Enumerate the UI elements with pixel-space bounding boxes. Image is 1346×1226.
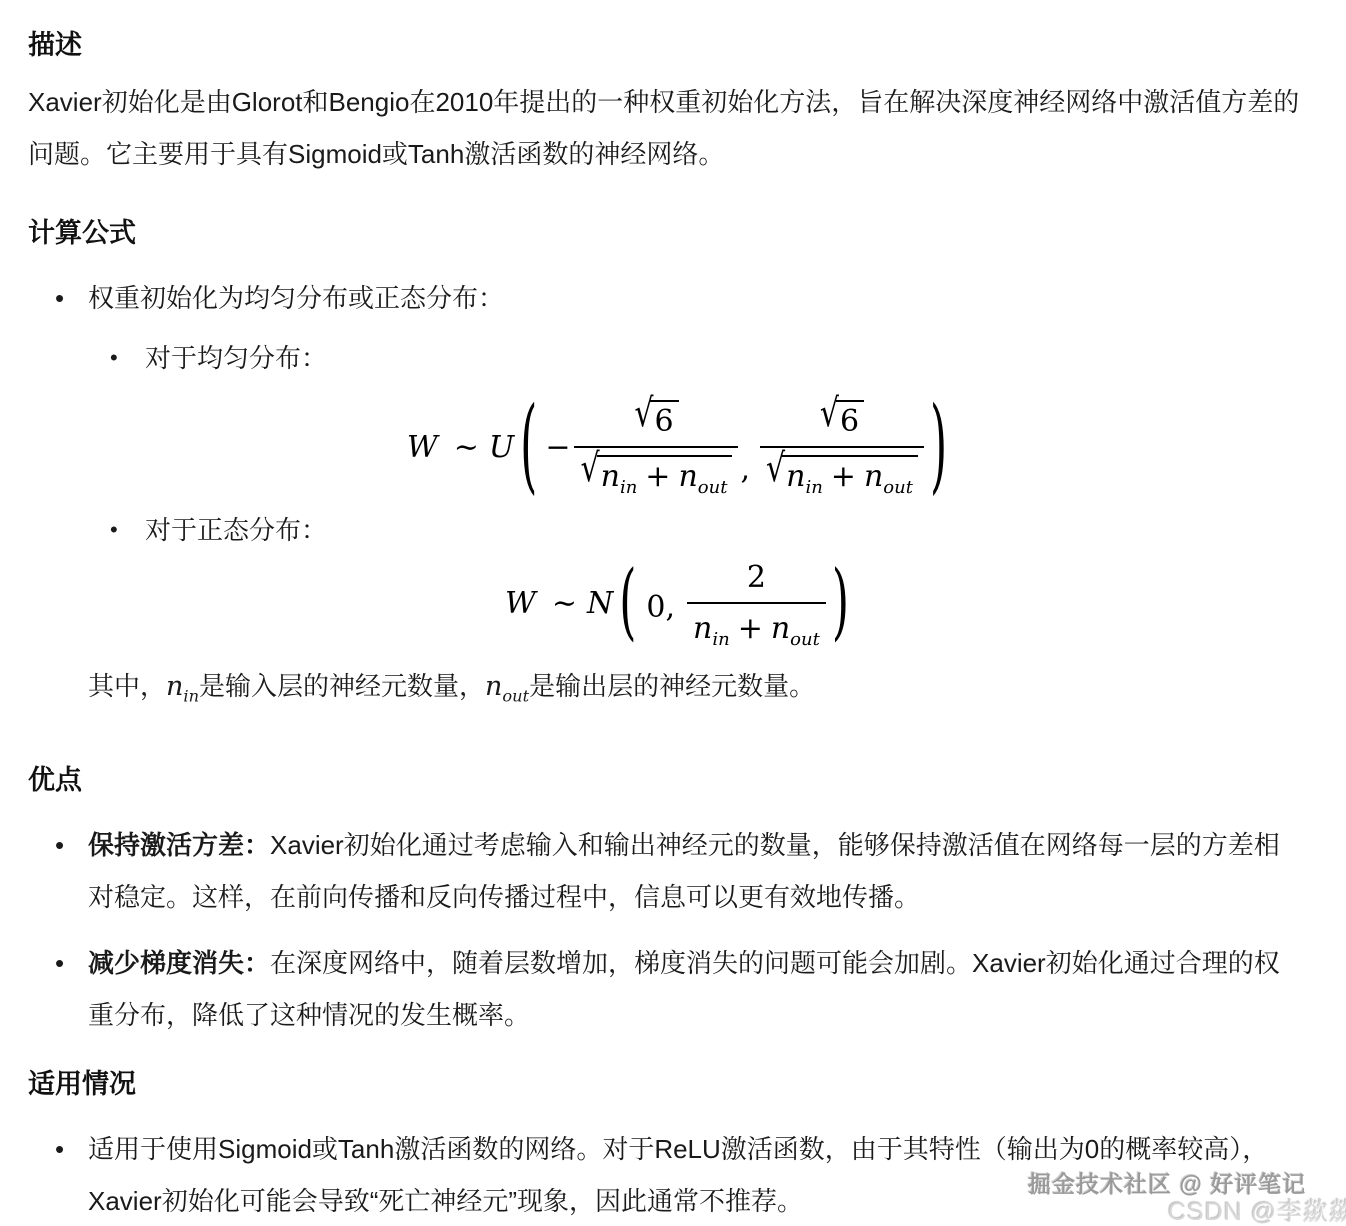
formula-where-note: 其中，nin是输入层的神经元数量，nout是输出层的神经元数量。 — [28, 660, 1326, 713]
radical-sign: √ — [820, 395, 839, 434]
list-item-advantage-gradient: • 减少梯度消失：在深度网络中，随着层数增加，梯度消失的问题可能会加剧。Xavi… — [28, 937, 1326, 1041]
math-6: 6 — [840, 404, 859, 439]
list-item-advantage-variance: • 保持激活方差：Xavier初始化通过考虑输入和输出神经元的数量，能够保持激活… — [28, 819, 1326, 923]
sqrt-nin-plus-nout: √ nin + nout — [766, 455, 918, 494]
list-item-distributions: • 权重初始化为均匀分布或正态分布： — [28, 272, 1326, 324]
math-n-in: nin — [693, 611, 730, 646]
list-item-text: 对于正态分布： — [145, 504, 327, 556]
denominator: √ nin + nout — [574, 448, 738, 494]
close-paren: ) — [832, 561, 849, 645]
math-comma: , — [740, 452, 750, 487]
bullet-marker: • — [28, 1123, 88, 1226]
heading-usage: 适用情况 — [28, 1067, 1326, 1101]
math-2: 2 — [747, 560, 766, 595]
math-n-in: nin — [601, 459, 638, 494]
list-item-text: 对于均匀分布： — [145, 332, 327, 384]
where-seg2: 是输入层的神经元数量， — [199, 671, 485, 701]
fraction-upper-bound: √ 6 √ nin + nout — [760, 400, 924, 494]
close-paren: ) — [930, 395, 947, 498]
fraction-variance: 2 nin + nout — [687, 560, 826, 646]
numerator: √ 6 — [814, 400, 870, 446]
math-distribution-U: U — [489, 430, 514, 465]
list-item-text: 保持激活方差：Xavier初始化通过考虑输入和输出神经元的数量，能够保持激活值在… — [88, 819, 1300, 923]
bullet-marker: • — [28, 819, 88, 923]
formula-uniform-distribution: W ∼ U ( − √ 6 √ nin + nout — [28, 400, 1326, 494]
radical-sign: √ — [766, 450, 785, 489]
bullet-marker: • — [28, 937, 88, 1041]
sqrt-nin-plus-nout: √ nin + nout — [580, 455, 732, 494]
list-item-text: 权重初始化为均匀分布或正态分布： — [88, 272, 504, 324]
numerator: 2 — [741, 560, 772, 602]
list-item-normal: • 对于正态分布： — [28, 504, 1326, 556]
math-minus: − — [545, 430, 570, 465]
list-item-uniform: • 对于均匀分布： — [28, 332, 1326, 384]
denominator: √ nin + nout — [760, 448, 924, 494]
bullet-marker: • — [28, 272, 88, 324]
where-seg1: 其中， — [88, 671, 166, 701]
math-n-in: nin — [786, 459, 823, 494]
heading-formula: 计算公式 — [28, 216, 1326, 250]
heading-advantages: 优点 — [28, 763, 1326, 797]
list-item-text: 减少梯度消失：在深度网络中，随着层数增加，梯度消失的问题可能会加剧。Xavier… — [88, 937, 1300, 1041]
math-n-in-inline: nin — [166, 671, 199, 702]
math-n-out: nout — [864, 459, 913, 494]
math-variable-W: W — [407, 430, 438, 465]
bullet-marker: • — [28, 332, 145, 384]
math-distribution-N: N — [587, 586, 613, 621]
math-n-out-inline: nout — [485, 671, 529, 702]
description-paragraph: Xavier初始化是由Glorot和Bengio在2010年提出的一种权重初始化… — [28, 76, 1308, 180]
math-tilde: ∼ — [552, 586, 577, 621]
radical-sign: √ — [580, 450, 599, 489]
bullet-marker: • — [28, 504, 145, 556]
sqrt-6: √ 6 — [634, 400, 678, 439]
math-n-out: nout — [771, 611, 820, 646]
numerator: √ 6 — [628, 400, 684, 446]
denominator: nin + nout — [687, 604, 826, 646]
advantage-label: 保持激活方差： — [88, 830, 270, 860]
formula-normal-distribution: W ∼ N ( 0, 2 nin + nout ) — [28, 560, 1326, 646]
fraction-lower-bound: √ 6 √ nin + nout — [574, 400, 738, 494]
math-plus: + — [831, 459, 856, 494]
math-zero-comma: 0, — [646, 590, 675, 625]
advantage-label: 减少梯度消失： — [88, 948, 270, 978]
math-n-out: nout — [678, 459, 727, 494]
open-paren: ( — [619, 561, 636, 645]
math-tilde: ∼ — [454, 430, 479, 465]
where-seg3: 是输出层的神经元数量。 — [529, 671, 815, 701]
radical-sign: √ — [634, 395, 653, 434]
sqrt-6: √ 6 — [820, 400, 864, 439]
math-plus: + — [738, 611, 763, 646]
math-plus: + — [645, 459, 670, 494]
math-6: 6 — [654, 404, 673, 439]
open-paren: ( — [520, 395, 537, 498]
math-variable-W: W — [505, 586, 536, 621]
article-page: 描述 Xavier初始化是由Glorot和Bengio在2010年提出的一种权重… — [0, 0, 1346, 1226]
watermark-csdn: CSDN @李歘歘 — [1168, 1192, 1346, 1226]
heading-description: 描述 — [28, 28, 1326, 62]
